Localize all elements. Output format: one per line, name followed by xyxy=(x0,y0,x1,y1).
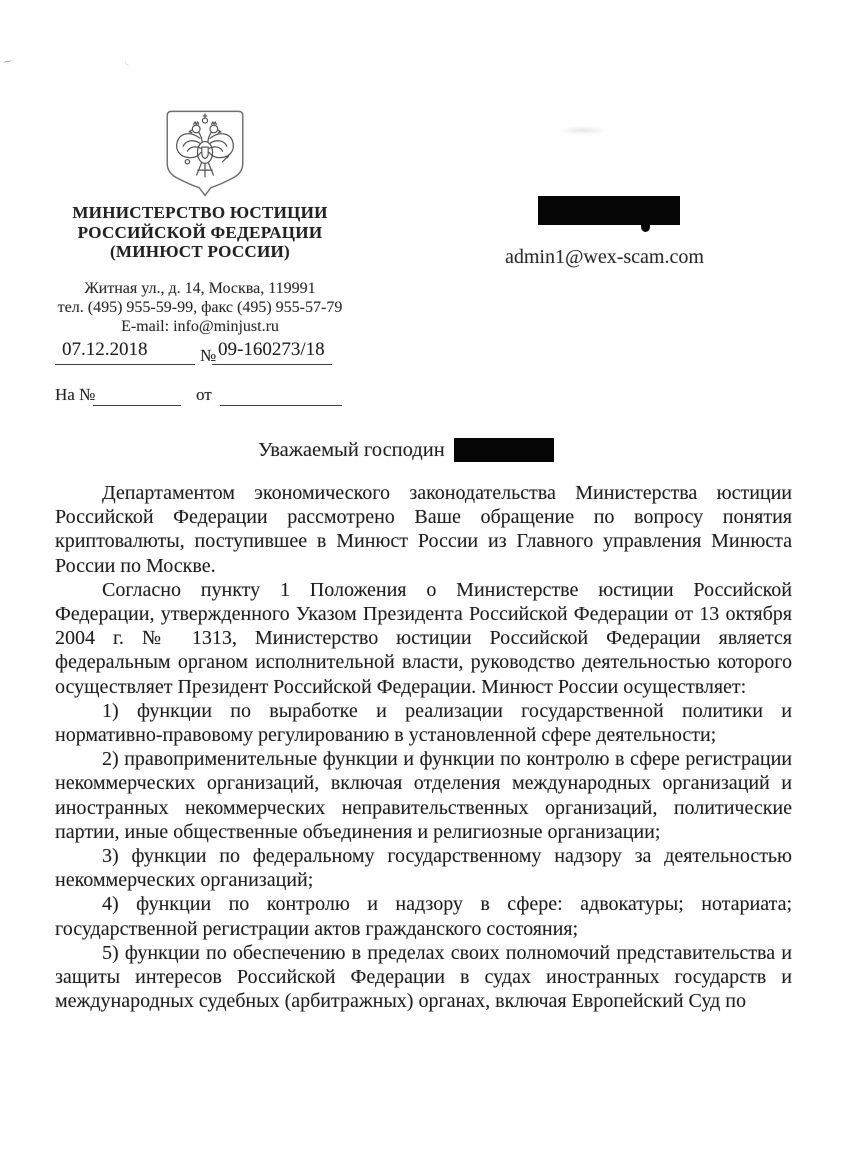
scanned-letter-page: ∼ ◟ xyxy=(0,0,848,1164)
ministry-name-block: МИНИСТЕРСТВО ЮСТИЦИИ РОССИЙСКОЙ ФЕДЕРАЦИ… xyxy=(55,203,345,262)
date-underline xyxy=(55,364,195,365)
address-line: E-mail: info@minjust.ru xyxy=(40,317,360,336)
number-underline xyxy=(212,364,332,365)
ministry-name-line: (МИНЮСТ РОССИИ) xyxy=(55,242,345,262)
letter-number: 09-160273/18 xyxy=(218,339,325,361)
number-sign: № xyxy=(200,346,216,366)
redaction-box-recipient-name xyxy=(538,196,680,225)
address-line: тел. (495) 955-59-99, факс (495) 955-57-… xyxy=(40,298,360,317)
redaction-box-artifact xyxy=(641,222,650,232)
body-paragraph: Согласно пункту 1 Положения о Министерст… xyxy=(55,578,792,699)
body-paragraph: Департаментом экономического законодател… xyxy=(55,481,792,578)
body-paragraph-item-1: 1) функции по выработке и реализации гос… xyxy=(55,699,792,747)
scan-artifact: ∼ xyxy=(2,54,14,69)
salutation-text: Уважаемый господин xyxy=(258,439,445,462)
coat-of-arms-icon xyxy=(163,108,247,202)
letter-date: 07.12.2018 xyxy=(62,339,148,361)
incoming-from-blank xyxy=(220,405,342,406)
ministry-name-line: МИНИСТЕРСТВО ЮСТИЦИИ xyxy=(55,203,345,223)
scan-artifact: ◟ xyxy=(124,54,130,67)
incoming-number-blank xyxy=(93,405,181,406)
ministry-name-line: РОССИЙСКОЙ ФЕДЕРАЦИИ xyxy=(55,223,345,243)
salutation-line: Уважаемый господин xyxy=(258,438,554,462)
body-paragraph-item-3: 3) функции по федеральному государственн… xyxy=(55,844,792,892)
incoming-from-label: от xyxy=(196,385,212,405)
recipient-email: admin1@wex-scam.com xyxy=(505,246,704,269)
scan-artifact xyxy=(560,126,606,135)
address-line: Житная ул., д. 14, Москва, 119991 xyxy=(40,279,360,298)
ministry-address-block: Житная ул., д. 14, Москва, 119991 тел. (… xyxy=(40,279,360,336)
body-paragraph-item-5: 5) функции по обеспечению в пределах сво… xyxy=(55,941,792,1014)
body-paragraph-item-4: 4) функции по контролю и надзору в сфере… xyxy=(55,892,792,940)
incoming-number-label: На № xyxy=(55,385,95,405)
body-paragraph-item-2: 2) правоприменительные функции и функции… xyxy=(55,747,792,844)
letter-body: Департаментом экономического законодател… xyxy=(55,481,792,1013)
redaction-box-salutation-name xyxy=(454,438,554,462)
